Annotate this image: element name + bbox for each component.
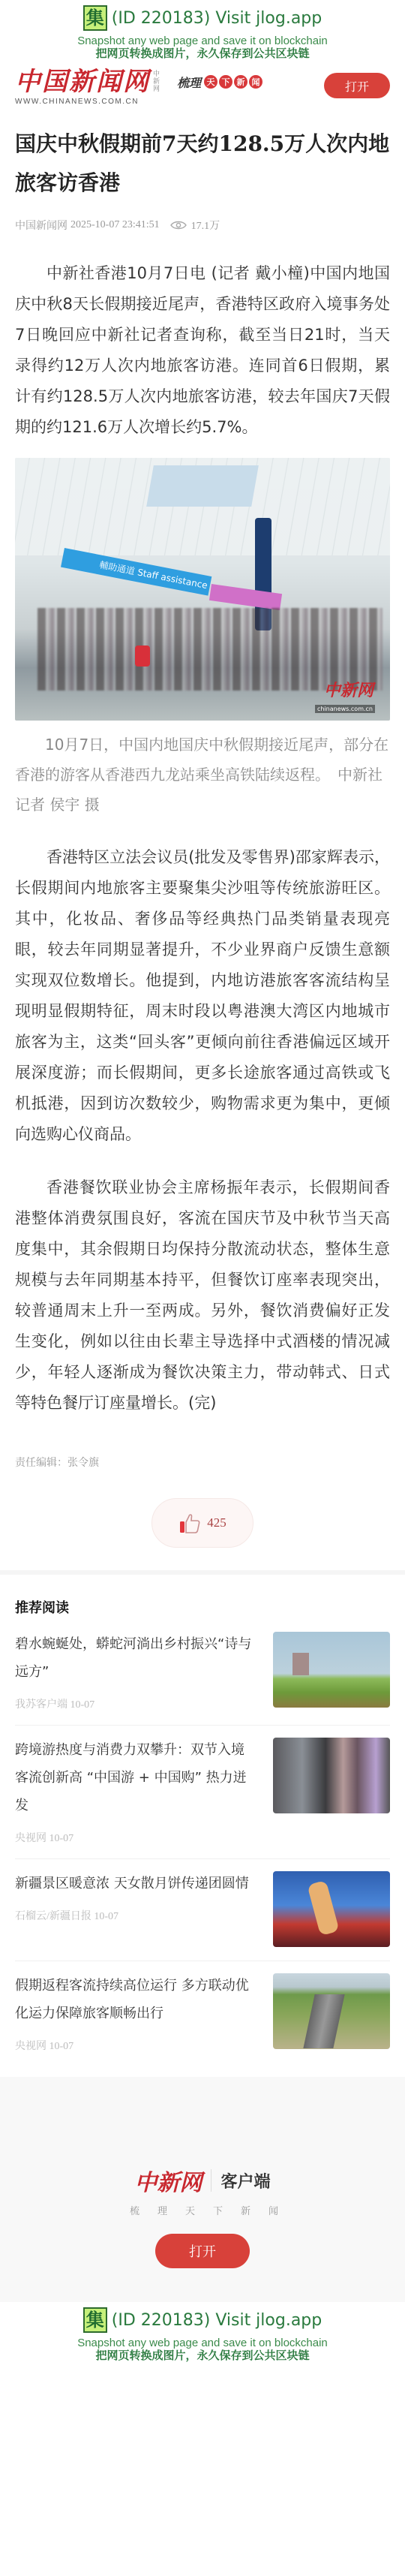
recommended-source: 央视网 10-07	[15, 1830, 255, 1845]
logo-url: WWW.CHINANEWS.COM.CN	[15, 98, 162, 106]
site-header: 中国新闻网 中新网 WWW.CHINANEWS.COM.CN 梳理 天 下 新 …	[0, 60, 405, 113]
photo-red-backpack	[135, 646, 150, 667]
header-slogan: 梳理 天 下 新 闻	[177, 74, 264, 91]
recommended-headline[interactable]: 跨境游热度与消费力双攀升：双节入境客流创新高 “中国游 + 中国购” 热力迸发	[15, 1736, 255, 1819]
jlog-badge-icon: 集	[83, 2307, 107, 2333]
slogan-char: 理	[157, 2203, 167, 2217]
recommended-source: 石榴云/新疆日报 10-07	[15, 1908, 255, 1923]
thumbs-up-icon	[178, 1512, 201, 1534]
logo-text: 中国新闻网	[15, 67, 150, 97]
article-paragraph: 香港餐饮联业协会主席杨振年表示，长假期间香港整体消费氛围良好，客流在国庆节及中秋…	[15, 1172, 390, 1419]
article-title: 国庆中秋假期前7天约128.5万人次内地旅客访香港	[15, 125, 390, 203]
promo-logo: 中新网	[134, 2164, 202, 2197]
promo-client-label: 客户端	[220, 2169, 270, 2192]
slogan-dot: 天	[204, 75, 217, 89]
eye-icon	[170, 220, 187, 230]
article-datetime: 2025-10-07 23:41:51	[70, 219, 160, 231]
article-source: 中国新闻网	[15, 218, 67, 233]
recommended-thumbnail[interactable]	[273, 1973, 390, 2049]
photo-skylight	[146, 465, 259, 507]
view-count: 17.1万	[191, 218, 220, 233]
recommended-title: 推荐阅读	[15, 1597, 390, 1620]
watermark-subtitle-en: Snapshot any web page and save it on blo…	[0, 35, 405, 47]
recommended-section: 推荐阅读 碧水蜿蜒处，蟒蛇河淌出乡村振兴“诗与远方” 我苏客户端 10-07 跨…	[0, 1597, 405, 2066]
responsible-editor: 责任编辑：张令旗	[15, 1455, 390, 1470]
recommended-item[interactable]: 新疆景区暖意浓 天女散月饼传递团圆情 石榴云/新疆日报 10-07	[15, 1859, 390, 1961]
recommended-item[interactable]: 跨境游热度与消费力双攀升：双节入境客流创新高 “中国游 + 中国购” 热力迸发 …	[15, 1726, 390, 1859]
watermark-subtitle-en: Snapshot any web page and save it on blo…	[0, 2337, 405, 2349]
recommended-thumbnail[interactable]	[273, 1632, 390, 1708]
photo-caption: 10月7日，中国内地国庆中秋假期接近尾声，部分在香港的游客从香港西九龙站乘坐高铁…	[15, 730, 390, 820]
logo-vertical-text: 中新网	[153, 71, 162, 93]
like-button[interactable]: 425	[151, 1498, 253, 1548]
article-paragraph: 香港特区立法会议员(批发及零售界)邵家辉表示，长假期间内地旅客主要聚集尖沙咀等传…	[15, 842, 390, 1150]
watermark-subtitle-cn: 把网页转换成图片，永久保存到公共区块链	[0, 2349, 405, 2362]
slogan-dot: 闻	[249, 75, 262, 89]
slogan-prefix: 梳理	[177, 74, 201, 91]
open-app-button-footer[interactable]: 打开	[155, 2234, 250, 2268]
recommended-item[interactable]: 碧水蜿蜒处，蟒蛇河淌出乡村振兴“诗与远方” 我苏客户端 10-07	[15, 1620, 390, 1726]
recommended-headline[interactable]: 新疆景区暖意浓 天女散月饼传递团圆情	[15, 1870, 255, 1897]
article: 国庆中秋假期前7天约128.5万人次内地旅客访香港 中国新闻网 2025-10-…	[0, 125, 405, 1548]
watermark-banner-bottom: 集 (ID 220183) Visit jlog.app Snapshot an…	[0, 2302, 405, 2362]
article-body: 中新社香港10月7日电 (记者 戴小橦)中国内地国庆中秋8天长假期接近尾声，香港…	[15, 258, 390, 1419]
watermark-title[interactable]: (ID 220183) Visit jlog.app	[112, 9, 322, 28]
slogan-char: 下	[213, 2203, 223, 2217]
recommended-thumbnail[interactable]	[273, 1871, 390, 1947]
slogan-char: 天	[185, 2203, 195, 2217]
recommended-source: 央视网 10-07	[15, 2038, 255, 2053]
section-divider	[0, 1570, 405, 1575]
article-meta: 中国新闻网 2025-10-07 23:41:51 17.1万	[15, 216, 390, 234]
recommended-headline[interactable]: 碧水蜿蜒处，蟒蛇河淌出乡村振兴“诗与远方”	[15, 1630, 255, 1686]
recommended-headline[interactable]: 假期返程客流持续高位运行 多方联动优化运力保障旅客顺畅出行	[15, 1972, 255, 2027]
slogan-char: 梳	[130, 2203, 139, 2217]
jlog-badge-icon: 集	[83, 5, 107, 31]
chinanews-logo[interactable]: 中国新闻网 中新网 WWW.CHINANEWS.COM.CN	[15, 67, 162, 106]
watermark-title[interactable]: (ID 220183) Visit jlog.app	[112, 2311, 322, 2330]
slogan-dot: 新	[234, 75, 247, 89]
watermark-subtitle-cn: 把网页转换成图片，永久保存到公共区块链	[0, 47, 405, 60]
slogan-char: 闻	[268, 2203, 278, 2217]
photo-watermark-logo: 中新网	[324, 678, 373, 701]
promo-slogan: 梳 理 天 下 新 闻	[127, 2203, 278, 2217]
watermark-banner-top: 集 (ID 220183) Visit jlog.app Snapshot an…	[0, 0, 405, 60]
photo-watermark-url: chinanews.com.cn	[315, 705, 375, 713]
recommended-thumbnail[interactable]	[273, 1738, 390, 1813]
recommended-source: 我苏客户端 10-07	[15, 1696, 255, 1711]
open-app-button-header[interactable]: 打开	[324, 73, 390, 98]
like-count: 425	[207, 1515, 226, 1530]
app-promo: 中新网 客户端 梳 理 天 下 新 闻 打开	[0, 2077, 405, 2302]
recommended-item[interactable]: 假期返程客流持续高位运行 多方联动优化运力保障旅客顺畅出行 央视网 10-07	[15, 1961, 390, 2066]
slogan-char: 新	[241, 2203, 250, 2217]
article-photo[interactable]: 輔助通道 Staff assistance 中新网 chinanews.com.…	[15, 458, 390, 721]
promo-separator	[211, 2169, 211, 2192]
slogan-dot: 下	[219, 75, 232, 89]
article-paragraph: 中新社香港10月7日电 (记者 戴小橦)中国内地国庆中秋8天长假期接近尾声，香港…	[15, 258, 390, 443]
